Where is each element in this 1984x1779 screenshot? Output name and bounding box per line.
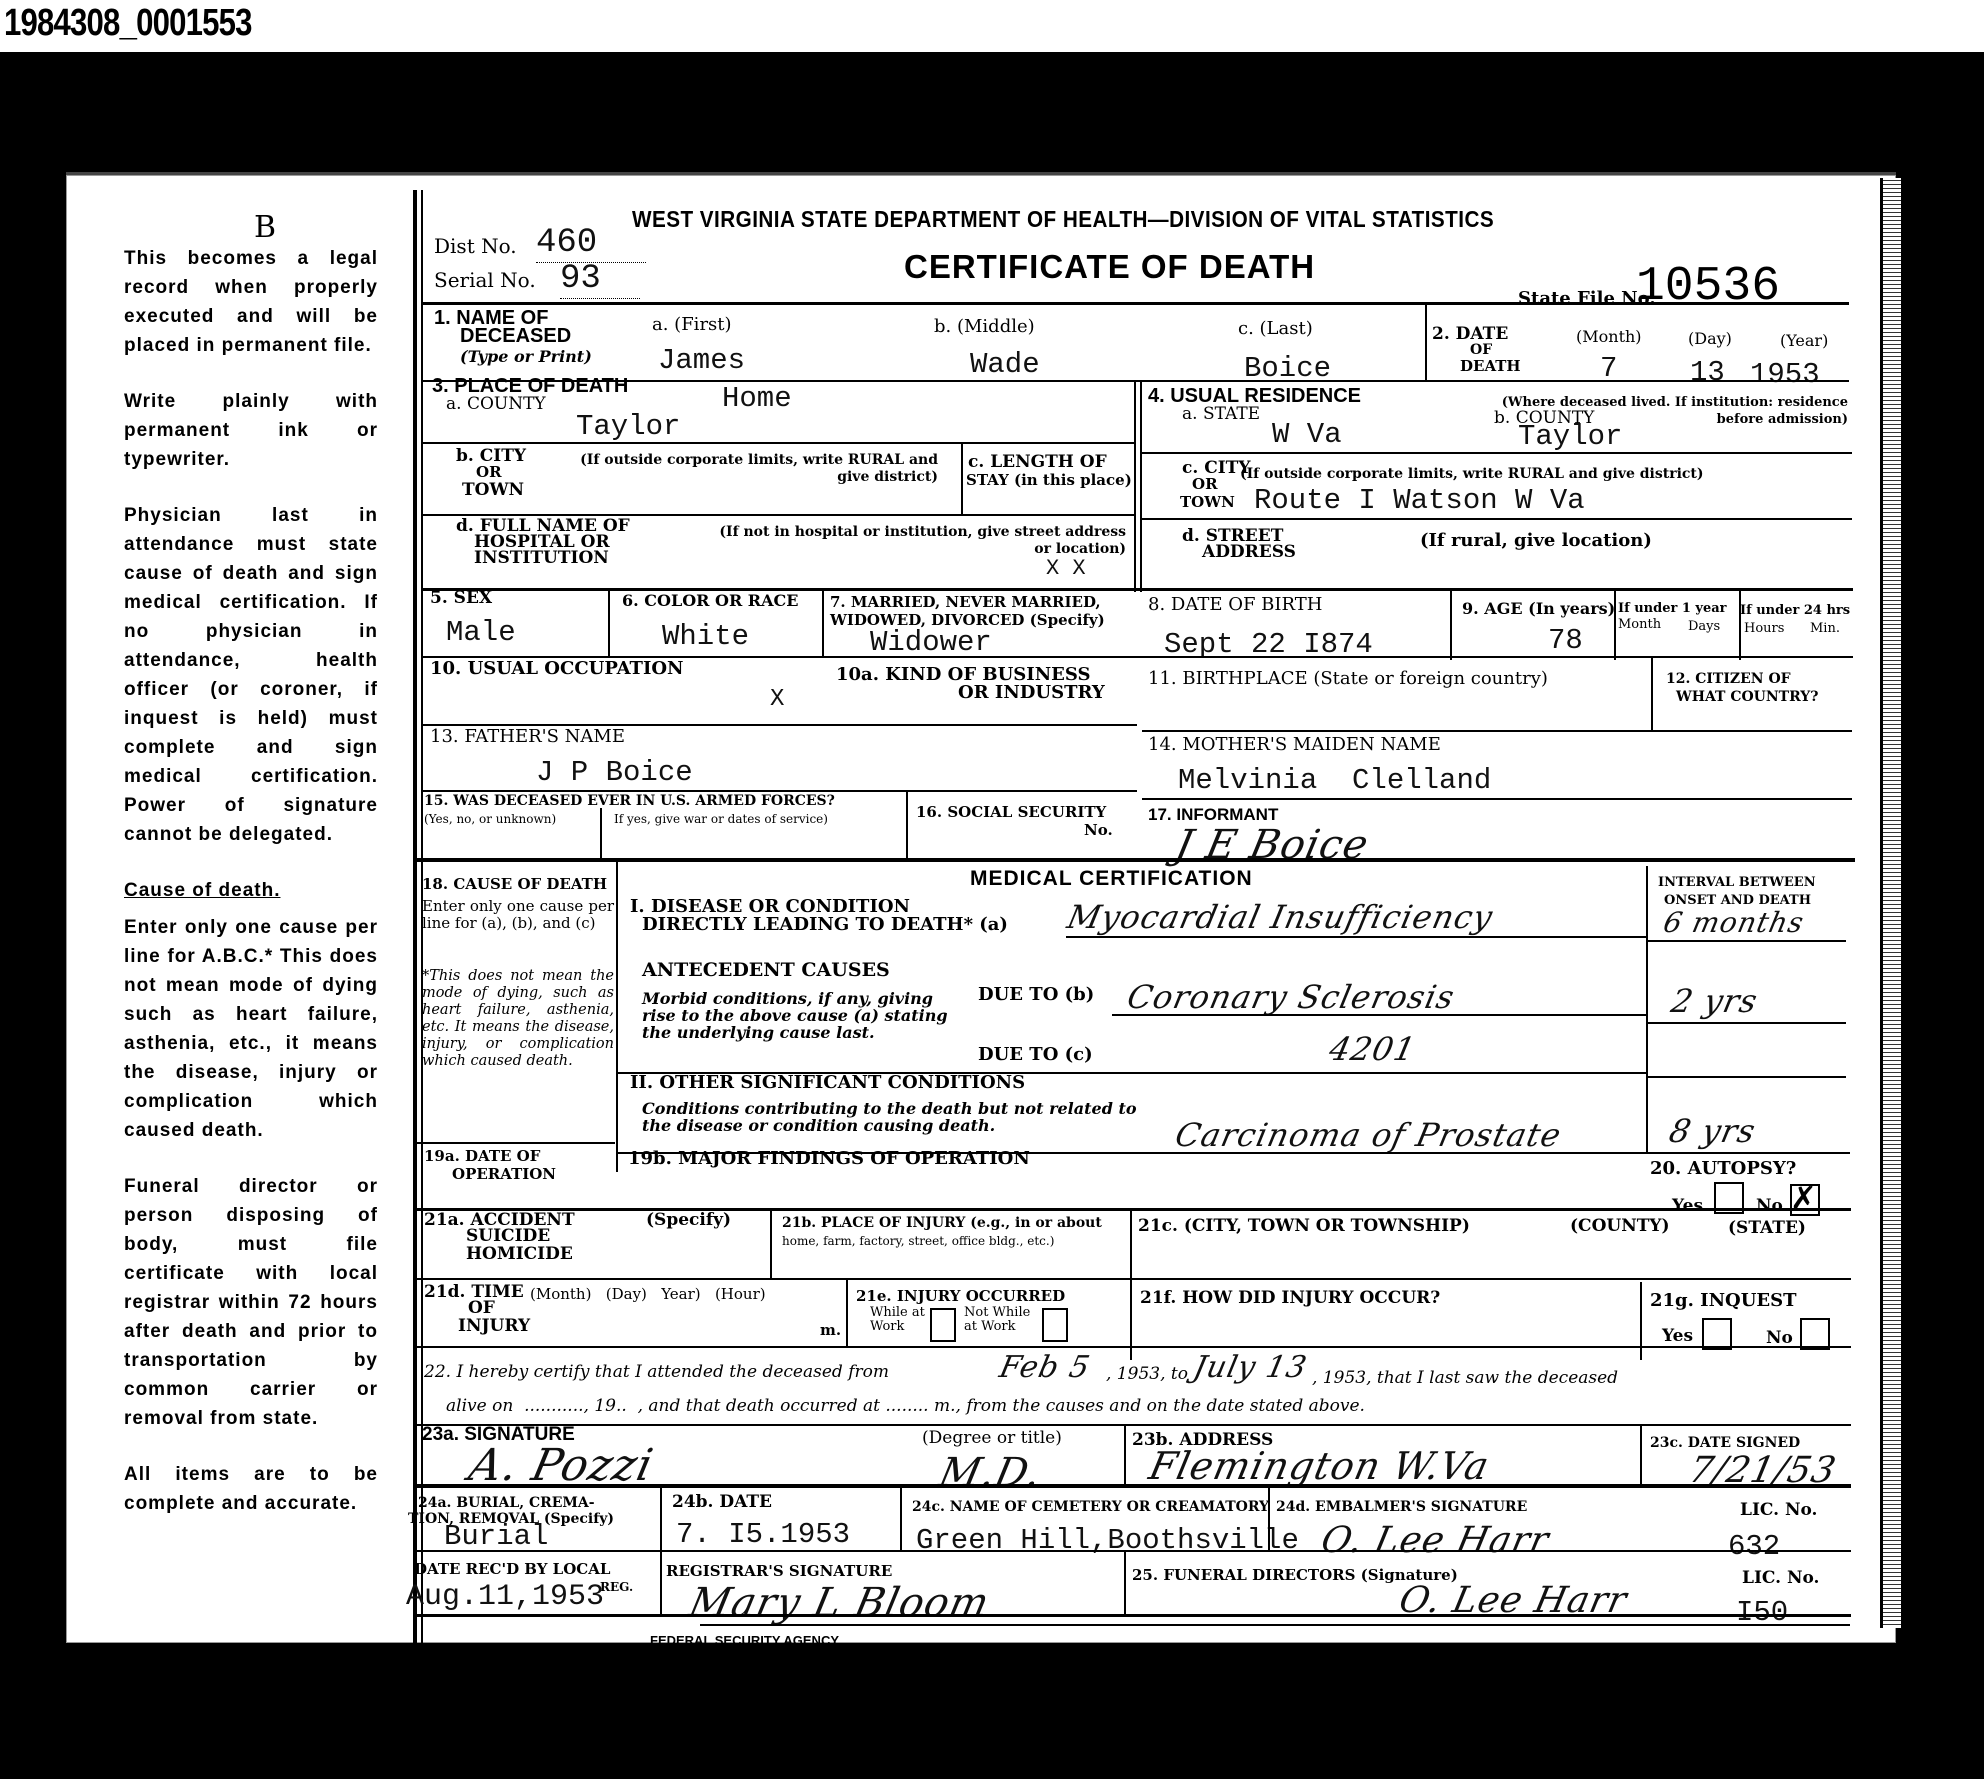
- instruction-cause: Enter only one cause per line for A.B.C.…: [124, 913, 378, 1145]
- other-conditions-label: II. OTHER SIGNIFICANT CONDITIONS: [630, 1074, 1025, 1091]
- street-label-2: ADDRESS: [1202, 544, 1296, 561]
- pod-county: Taylor: [576, 410, 680, 443]
- under-day-label: If under 24 hrs: [1740, 604, 1850, 618]
- certify-line-1c: , 1953, that I last saw the deceased: [1312, 1370, 1618, 1387]
- embalmer-lic-label: LIC. No.: [1740, 1502, 1817, 1519]
- hospital-value: X X: [1046, 556, 1086, 581]
- registrar-signature: Mary L Bloom: [685, 1580, 994, 1626]
- marital-value: Widower: [870, 626, 992, 659]
- middle-name: Wade: [970, 348, 1040, 381]
- antecedent-label: ANTECEDENT CAUSES: [642, 962, 890, 979]
- funeral-lic-label: LIC. No.: [1742, 1570, 1819, 1587]
- instruction-legal: This becomes a legal record when properl…: [124, 244, 378, 360]
- res-state: W Va: [1272, 418, 1342, 451]
- res-city-label-3: TOWN: [1180, 494, 1235, 511]
- res-city-note: (If outside corporate limits, write RURA…: [1240, 466, 1704, 483]
- citizen-label: 12. CITIZEN OF: [1666, 672, 1791, 686]
- age-label: 9. AGE (In years): [1462, 600, 1615, 617]
- federal-agency: FEDERAL SECURITY AGENCY: [650, 1632, 839, 1649]
- dod-label-3: DEATH: [1460, 358, 1521, 375]
- not-while-at-work-checkbox[interactable]: [1042, 1308, 1068, 1342]
- pod-county-label: a. COUNTY: [446, 396, 546, 413]
- mother-value: Melvinia Clelland: [1178, 764, 1491, 797]
- ssn-label: 16. SOCIAL SECURITY: [916, 804, 1106, 821]
- father-value: J P Boice: [536, 756, 693, 789]
- burial-value: Burial: [444, 1520, 548, 1553]
- hours-label: Hours: [1744, 622, 1784, 636]
- divider: [1651, 658, 1653, 730]
- degree-value: M.D.: [935, 1450, 1046, 1496]
- middle-name-label: b. (Middle): [934, 318, 1035, 335]
- registrar-signature-label: REGISTRAR'S SIGNATURE: [666, 1564, 892, 1578]
- accident-label-2: SUICIDE: [466, 1228, 550, 1245]
- state-file-no: 10536: [1636, 260, 1780, 314]
- under-year-label: If under 1 year: [1618, 602, 1727, 616]
- rule: [415, 858, 1855, 862]
- hospital-label-3: INSTITUTION: [474, 550, 609, 567]
- form-letter: B: [254, 210, 276, 245]
- dist-no: 460: [536, 224, 646, 263]
- certificate-title: CERTIFICATE OF DEATH: [904, 248, 1315, 286]
- findings-label: 19b. MAJOR FINDINGS OF OPERATION: [628, 1150, 1030, 1167]
- certify-from-date: Feb 5: [996, 1350, 1093, 1385]
- header-strip: 1984308_0001553: [0, 0, 1984, 52]
- date-signed-label: 23c. DATE SIGNED: [1650, 1436, 1800, 1450]
- dob-label: 8. DATE OF BIRTH: [1148, 596, 1322, 613]
- divider: [846, 1280, 848, 1346]
- res-city-label-2: OR: [1192, 476, 1218, 493]
- rule: [1142, 452, 1852, 454]
- cause-note: Enter only one cause per line for (a), (…: [422, 898, 614, 932]
- other-conditions-value: Carcinoma of Prostate: [1172, 1116, 1565, 1154]
- divider: [822, 588, 824, 658]
- physician-address: Flemington W.Va: [1145, 1444, 1493, 1488]
- length-of-stay-label-2: STAY (in this place): [966, 472, 1132, 489]
- rule: [415, 1424, 1851, 1426]
- dod-month-label: (Month): [1576, 328, 1642, 345]
- res-county: Taylor: [1518, 420, 1622, 453]
- rule: [700, 1624, 1850, 1626]
- disease-label: I. DISEASE OR CONDITION: [630, 898, 910, 915]
- accident-label-3: HOMICIDE: [466, 1246, 573, 1263]
- divider: [1134, 382, 1136, 592]
- interval-other: 8 yrs: [1666, 1112, 1759, 1150]
- inquest-no-label: No: [1766, 1330, 1793, 1347]
- rule: [415, 1614, 1851, 1617]
- date-received-label-2: REG.: [600, 1580, 633, 1594]
- rule: [415, 1484, 1851, 1488]
- place-injury-label-2: home, farm, factory, street, office bldg…: [782, 1234, 1054, 1248]
- date-received: Aug.11,1953: [406, 1580, 604, 1614]
- how-injury-label: 21f. HOW DID INJURY OCCUR?: [1140, 1290, 1440, 1307]
- dod-year-label: (Year): [1780, 332, 1828, 349]
- armed-forces-sub-2: If yes, give war or dates of service): [614, 812, 828, 826]
- instruction-physician: Physician last in attendance must state …: [124, 501, 378, 849]
- divider: [1640, 1282, 1642, 1360]
- occupation-label: 10. USUAL OCCUPATION: [430, 660, 684, 677]
- rule: [415, 1142, 615, 1144]
- pod-city-note: (If outside corporate limits, write RURA…: [578, 452, 938, 486]
- divider: [1124, 1552, 1126, 1614]
- divider: [1646, 866, 1648, 1152]
- time-injury-label-3: INJURY: [458, 1318, 530, 1335]
- burial-label: 24a. BURIAL, CREMA-: [418, 1496, 595, 1510]
- place-of-death-label: 3. PLACE OF DEATH: [432, 378, 628, 395]
- occupation-value: X: [770, 686, 784, 713]
- autopsy-yes-label: Yes: [1672, 1198, 1703, 1215]
- inquest-yes-label: Yes: [1662, 1328, 1693, 1345]
- armed-forces-label: 15. WAS DECEASED EVER IN U.S. ARMED FORC…: [424, 794, 835, 808]
- time-injury-columns: (Month) (Day) Year) (Hour): [530, 1286, 766, 1303]
- burial-date: 7. I5.1953: [676, 1518, 850, 1551]
- divider: [1124, 1426, 1126, 1484]
- citizen-label-2: WHAT COUNTRY?: [1676, 690, 1819, 704]
- morbid-note: Morbid conditions, if any, giving rise t…: [642, 990, 972, 1041]
- cause-heading: Cause of death.: [124, 876, 378, 905]
- last-name-label: c. (Last): [1238, 320, 1313, 337]
- form-number: VS—002 (3-31-49): [444, 1640, 562, 1657]
- business-label: 10a. KIND OF BUSINESS: [836, 666, 1090, 683]
- rule: [415, 1550, 1851, 1552]
- dod-label: 2. DATE: [1432, 326, 1508, 343]
- sidebar-instructions: This becomes a legal record when properl…: [124, 244, 378, 1545]
- certify-line-1a: 22. I hereby certify that I attended the…: [424, 1364, 889, 1381]
- marital-label: 7. MARRIED, NEVER MARRIED,: [830, 594, 1101, 611]
- father-label: 13. FATHER'S NAME: [430, 728, 625, 745]
- time-injury-m: m.: [820, 1322, 841, 1339]
- place-injury-label: 21b. PLACE OF INJURY (e.g., in or about: [782, 1216, 1102, 1230]
- cause-of-death-label: 18. CAUSE OF DEATH: [422, 876, 607, 893]
- pod-city-label-2: OR: [476, 464, 502, 481]
- degree-label: (Degree or title): [922, 1430, 1062, 1447]
- divider: [1739, 590, 1741, 660]
- birthplace-label: 11. BIRTHPLACE (State or foreign country…: [1148, 670, 1548, 687]
- instruction-funeral: Funeral director or person disposing of …: [124, 1172, 378, 1433]
- usual-residence-label: 4. USUAL RESIDENCE: [1148, 388, 1361, 405]
- interval-b: 2 yrs: [1668, 982, 1761, 1020]
- injury-county-label: (COUNTY): [1570, 1218, 1670, 1235]
- not-while-at-work-label: Not While at Work: [964, 1306, 1034, 1334]
- divider: [770, 1210, 772, 1280]
- other-conditions-note: Conditions contributing to the death but…: [642, 1100, 1162, 1134]
- divider: [1425, 305, 1427, 381]
- street-note: (If rural, give location): [1420, 532, 1652, 549]
- dod-day-label: (Day): [1688, 330, 1732, 347]
- divider: [616, 862, 618, 1172]
- cemetery-value: Green Hill,Boothsville: [916, 1524, 1299, 1557]
- operation-date-label: 19a. DATE OF: [424, 1148, 540, 1165]
- embalmer-label: 24d. EMBALMER'S SIGNATURE: [1276, 1500, 1527, 1514]
- page-edge: [1880, 178, 1901, 1628]
- divider: [1614, 590, 1616, 660]
- cause-footnote: *This does not mean the mode of dying, s…: [422, 968, 614, 1070]
- cause-b: Coronary Sclerosis: [1124, 978, 1458, 1016]
- mother-label: 14. MOTHER'S MAIDEN NAME: [1148, 736, 1441, 753]
- operation-date-label-2: OPERATION: [452, 1166, 556, 1183]
- certify-line-2: alive on ..........., 19.. , and that de…: [446, 1398, 1365, 1415]
- rule: [1142, 798, 1852, 800]
- interval-label: INTERVAL BETWEEN: [1658, 876, 1816, 890]
- while-at-work-label: While at Work: [870, 1306, 926, 1334]
- rule: [1648, 1076, 1846, 1078]
- interval-a: 6 months: [1660, 906, 1807, 939]
- time-injury-label-2: OF: [468, 1300, 495, 1317]
- sex-value: Male: [446, 616, 516, 649]
- divider: [1130, 1210, 1132, 1360]
- divider: [961, 444, 963, 516]
- public-health-service: PUBLIC HEALTH SERVICE: [650, 1650, 814, 1667]
- serial-no: 93: [560, 260, 640, 299]
- name-label-3: (Type or Print): [460, 348, 592, 365]
- rule: [1112, 1014, 1648, 1016]
- embalmer-lic: 632: [1728, 1530, 1780, 1563]
- race-value: White: [662, 620, 749, 653]
- dod-year: 1953: [1750, 358, 1820, 391]
- rule: [1142, 518, 1852, 520]
- divider: [906, 792, 908, 860]
- rule: [1648, 1022, 1846, 1024]
- rule: [423, 380, 1849, 382]
- instruction-write: Write plainly with permanent ink or type…: [124, 387, 378, 474]
- rule: [415, 1208, 1851, 1211]
- certify-line-1b: , 1953, to: [1106, 1366, 1188, 1383]
- inquest-label: 21g. INQUEST: [1650, 1292, 1797, 1309]
- divider: [1450, 590, 1452, 660]
- divider: [600, 808, 602, 860]
- divider: [1140, 382, 1142, 592]
- name-label-2: DECEASED: [460, 328, 571, 345]
- injury-state-label: (STATE): [1728, 1220, 1806, 1237]
- dist-no-label: Dist No.: [434, 238, 517, 255]
- informant-label: 17. INFORMANT: [1148, 806, 1278, 823]
- first-name: James: [658, 344, 745, 377]
- instruction-accurate: All items are to be complete and accurat…: [124, 1460, 378, 1518]
- age-value: 78: [1548, 624, 1583, 657]
- autopsy-no-label: No: [1756, 1198, 1783, 1215]
- cause-a: Myocardial Insufficiency: [1064, 898, 1497, 936]
- days-label: Days: [1688, 620, 1720, 634]
- rule: [1648, 940, 1846, 942]
- rule: [423, 442, 1135, 444]
- rule: [423, 790, 1137, 792]
- while-at-work-checkbox[interactable]: [930, 1308, 956, 1342]
- certify-to-date: July 13: [1190, 1350, 1310, 1385]
- embalmer-signature: O. Lee Harr: [1318, 1520, 1553, 1561]
- business-label-2: OR INDUSTRY: [958, 684, 1105, 701]
- cemetery-label: 24c. NAME OF CEMETERY OR CREAMATORY: [912, 1500, 1269, 1514]
- agency-title: WEST VIRGINIA STATE DEPARTMENT OF HEALTH…: [632, 206, 1494, 233]
- injury-city-label: 21c. (CITY, TOWN OR TOWNSHIP): [1138, 1218, 1470, 1235]
- date-received-label: DATE REC'D BY LOCAL: [414, 1562, 610, 1576]
- rule: [423, 302, 1849, 305]
- medical-certification-heading: MEDICAL CERTIFICATION: [970, 870, 1253, 887]
- form-left-border: [413, 190, 417, 1655]
- divider: [608, 588, 610, 658]
- autopsy-label: 20. AUTOPSY?: [1650, 1160, 1796, 1177]
- burial-date-label: 24b. DATE: [672, 1494, 772, 1511]
- due-to-b-label: DUE TO (b): [978, 986, 1094, 1003]
- length-of-stay-label: c. LENGTH OF: [968, 454, 1107, 471]
- dod-day: 13: [1690, 356, 1725, 389]
- months-label: Month: [1618, 618, 1661, 632]
- hospital-note: (If not in hospital or institution, give…: [712, 524, 1126, 558]
- due-to-c-label: DUE TO (c): [978, 1046, 1093, 1063]
- armed-forces-sub-1: (Yes, no, or unknown): [424, 812, 556, 826]
- race-label: 6. COLOR OR RACE: [622, 592, 798, 609]
- disease-label-2: DIRECTLY LEADING TO DEATH* (a): [642, 916, 1008, 933]
- res-city: Route I Watson W Va: [1254, 484, 1585, 517]
- rule: [1066, 936, 1646, 938]
- cause-c: 4201: [1326, 1030, 1420, 1068]
- divider: [900, 1486, 902, 1552]
- pod-place: Home: [722, 382, 792, 415]
- rule: [415, 1346, 1851, 1348]
- res-state-label: a. STATE: [1182, 406, 1260, 423]
- document-id: 1984308_0001553: [4, 2, 252, 45]
- first-name-label: a. (First): [652, 316, 732, 333]
- min-label: Min.: [1810, 622, 1840, 636]
- divider: [1268, 1486, 1270, 1552]
- accident-specify: (Specify): [646, 1212, 731, 1229]
- injury-occurred-label: 21e. INJURY OCCURRED: [856, 1288, 1065, 1305]
- sex-label: 5. SEX: [430, 590, 492, 607]
- ssn-label-2: No.: [1084, 822, 1113, 839]
- divider: [1640, 1426, 1642, 1484]
- serial-no-label: Serial No.: [434, 272, 536, 289]
- rule: [415, 1278, 1851, 1280]
- rule: [1142, 730, 1852, 732]
- pod-city-label-3: TOWN: [462, 482, 524, 499]
